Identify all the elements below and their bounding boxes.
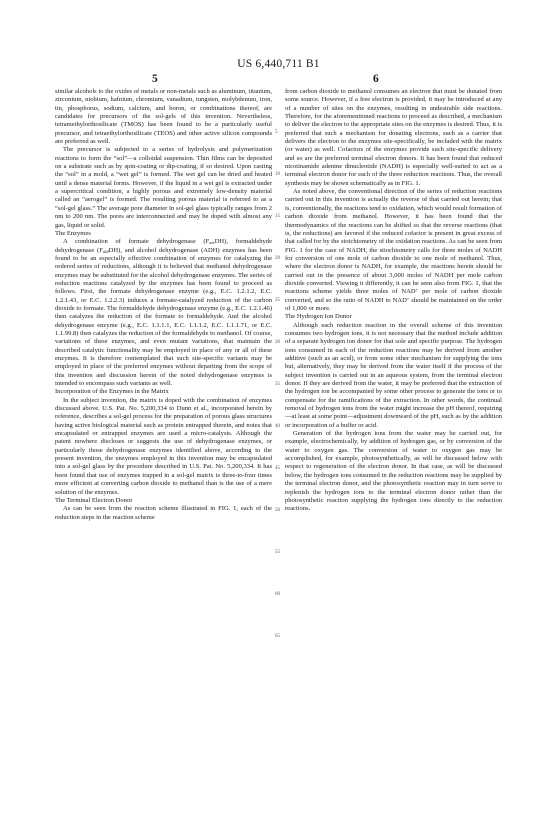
line-number: 20	[275, 256, 280, 261]
paragraph: As can be seen from the reaction scheme …	[55, 505, 272, 522]
line-number: 30	[275, 340, 280, 345]
line-number: 65	[275, 634, 280, 639]
line-number: 40	[275, 424, 280, 429]
paragraph: The precursor is subjected to a series o…	[55, 146, 272, 229]
line-number: 35	[275, 382, 280, 387]
line-number: 25	[275, 298, 280, 303]
section-heading-hydrogen-ion-donor: The Hydrogen Ion Donor	[285, 313, 502, 321]
line-number: 45	[275, 466, 280, 471]
line-number: 60	[275, 592, 280, 597]
right-column: from carbon dioxide to methanol consumes…	[285, 88, 502, 514]
paragraph: In the subject invention, the matrix is …	[55, 397, 272, 497]
paragraph: from carbon dioxide to methanol consumes…	[285, 88, 502, 188]
paragraph: A combination of formate dehydrogenase (…	[55, 238, 272, 388]
paragraph: similar alcohols to the oxides of metals…	[55, 88, 272, 146]
line-number: 5	[275, 130, 278, 135]
paragraph: Although each reduction reaction in the …	[285, 322, 502, 430]
line-number: 55	[275, 550, 280, 555]
column-number-right: 6	[373, 73, 379, 85]
line-number: 15	[275, 214, 280, 219]
paragraph: Generation of the hydrogen ions from the…	[285, 430, 502, 513]
left-column: similar alcohols to the oxides of metals…	[55, 88, 272, 522]
section-heading-incorporation: Incorporation of the Enzymes in the Matr…	[55, 388, 272, 396]
column-number-left: 5	[152, 73, 158, 85]
patent-number: US 6,440,711 B1	[0, 58, 557, 70]
section-heading-enzymes: The Enzymes	[55, 230, 272, 238]
line-number: 10	[275, 172, 280, 177]
paragraph: As noted above, the conventional directi…	[285, 188, 502, 313]
line-number: 50	[275, 508, 280, 513]
section-heading-terminal-electron-donor: The Terminal Electron Donor	[55, 497, 272, 505]
